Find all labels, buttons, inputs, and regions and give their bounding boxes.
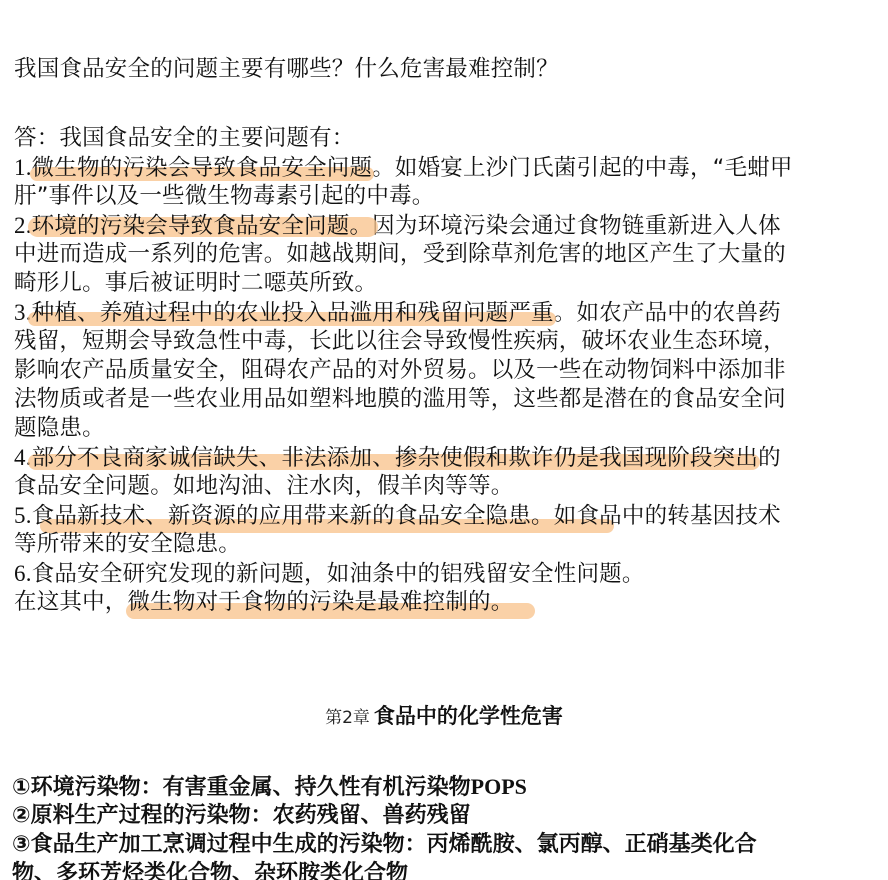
answer-item-2-line-3: 畸形儿。事后被证明时二噁英所致。 <box>14 269 377 298</box>
answer-item-3-line-3: 影响农产品质量安全，阻碍农产品的对外贸易。以及一些在动物饲料中添加非 <box>14 356 786 385</box>
answer-item-4-line-2: 食品安全问题。如地沟油、注水肉，假羊肉等等。 <box>14 472 513 501</box>
answer-item-6: 6.食品安全研究发现的新问题，如油条中的铝残留安全性问题。 <box>14 559 645 589</box>
item-number: 3. <box>14 300 32 325</box>
answer-item-3-line-5: 题隐患。 <box>14 414 105 443</box>
item-number: 2. <box>14 213 32 238</box>
highlighted-text: 食品新技术、新资源的应用带来新的食品安全隐患。 <box>32 503 554 529</box>
highlighted-text: 微生物的污染会导致食品安全问题 <box>32 155 373 181</box>
answer-item-4-line-1: 4.部分不良商家诚信缺失、非法添加、掺杂使假和欺诈仍是我国现阶段突出的 <box>14 443 781 473</box>
item-number: 5. <box>14 503 32 528</box>
answer-item-3-line-2: 残留，短期会导致急性中毒，长此以往会导致慢性疾病，破坏农业生态环境， <box>14 327 786 356</box>
answer-item-1-line-1: 1.微生物的污染会导致食品安全问题。如婚宴上沙门氏菌引起的中毒，“毛蚶甲 <box>14 153 793 183</box>
hazard-item-3-line-1: ③食品生产加工烹调过程中生成的污染物：丙烯酰胺、氯丙醇、正硝基类化合 <box>12 830 757 859</box>
circled-number-1: ① <box>12 775 31 800</box>
item-number: 1. <box>14 155 32 180</box>
answer-item-3-line-1: 3.种植、养殖过程中的农业投入品滥用和残留问题严重。如农产品中的农兽药 <box>14 298 781 328</box>
answer-intro: 答：我国食品安全的主要问题有： <box>14 124 355 153</box>
circled-number-2: ② <box>12 803 31 828</box>
answer-item-3-line-4: 法物质或者是一些农业用品如塑料地膜的滥用等，这些都是潜在的食品安全问 <box>14 385 786 414</box>
hazard-item-3-line-2: 物、多环芳烃类化合物、杂环胺类化合物 <box>12 859 408 880</box>
chapter-title: 食品中的化学性危害 <box>374 704 563 728</box>
highlighted-text: 环境的污染会导致食品安全问题。 <box>32 213 373 239</box>
answer-item-2-line-1: 2.环境的污染会导致食品安全问题。因为环境污染会通过食物链重新进入人体 <box>14 211 781 241</box>
circled-number-3: ③ <box>12 832 31 857</box>
question-heading: 我国食品安全的问题主要有哪些？什么危害最难控制？ <box>14 55 559 84</box>
answer-item-5-line-1: 5.食品新技术、新资源的应用带来新的食品安全隐患。如食品中的转基因技术 <box>14 501 781 531</box>
chapter-number: 第2章 <box>325 708 370 728</box>
answer-conclusion: 在这其中，微生物对于食物的污染是最难控制的。 <box>14 588 513 617</box>
answer-item-5-line-2: 等所带来的安全隐患。 <box>14 530 241 559</box>
answer-item-1-line-2: 肝”事件以及一些微生物毒素引起的中毒。 <box>14 182 434 211</box>
highlighted-text: 种植、养殖过程中的农业投入品滥用和残留问题严重 <box>32 300 554 326</box>
chapter-heading: 第2章食品中的化学性危害 <box>0 700 888 730</box>
highlighted-text: 部分不良商家诚信缺失、非法添加、掺杂使假和欺诈仍是我国现阶段突出 <box>32 445 758 471</box>
item-number: 4. <box>14 445 32 470</box>
highlighted-text: 微生物对于食物的污染是最难控制的。 <box>128 589 514 615</box>
answer-item-2-line-2: 中进而造成一系列的危害。如越战期间，受到除草剂危害的地区产生了大量的 <box>14 240 786 269</box>
item-number: 6. <box>14 561 32 586</box>
hazard-item-1: ①环境污染物：有害重金属、持久性有机污染物POPS <box>12 772 527 802</box>
hazard-item-2: ②原料生产过程的污染物：农药残留、兽药残留 <box>12 801 471 830</box>
